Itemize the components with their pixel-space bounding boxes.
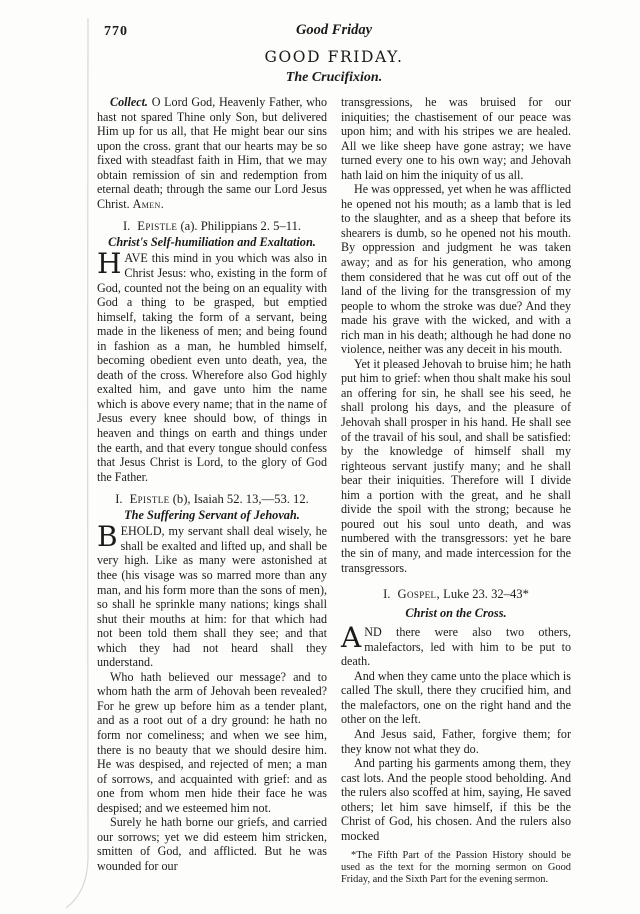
running-head: Good Friday [97, 22, 571, 39]
two-column-text: Collect. O Lord God, Heavenly Father, wh… [97, 95, 571, 886]
epistle-b-reference: (b), Isaiah 52. 13,—53. 12. [173, 492, 309, 506]
epistle-a-reference: (a). Philippians 2. 5–11. [180, 219, 301, 233]
page-content: 770 Good Friday GOOD FRIDAY. The Crucifi… [97, 22, 571, 886]
epistle-a-numeral: I. [123, 219, 130, 233]
isaiah-paragraph-2: He was oppressed, yet when he was afflic… [341, 182, 571, 357]
page-subtitle: The Crucifixion. [97, 70, 571, 86]
gospel-text: AND there were also two others, malefact… [341, 625, 571, 669]
epistle-a-subtitle: Christ's Self-humiliation and Exaltation… [97, 235, 327, 250]
collect-label: Collect. [110, 95, 148, 109]
epistle-a-label: Epistle [137, 219, 177, 233]
epistle-a-dropcap: H [97, 251, 124, 276]
collect-paragraph: Collect. O Lord God, Heavenly Father, wh… [97, 95, 327, 211]
collect-amen: Amen. [133, 197, 165, 211]
epistle-b-numeral: I. [115, 492, 122, 506]
gospel-subtitle: Christ on the Cross. [341, 606, 571, 621]
gospel-label: Gospel, [397, 587, 440, 601]
gospel-numeral: I. [383, 587, 390, 601]
gospel-reference: Luke 23. 32–43* [443, 587, 529, 601]
left-column: Collect. O Lord God, Heavenly Father, wh… [97, 95, 327, 886]
gospel-paragraph-4: And parting his garments among them, the… [341, 756, 571, 843]
epistle-b-heading: I.Epistle (b), Isaiah 52. 13,—53. 12. [97, 492, 327, 507]
footnote: *The Fifth Part of the Passion History s… [341, 850, 571, 886]
right-column: transgressions, he was bruised for our i… [341, 95, 571, 886]
collect-body: O Lord God, Heavenly Father, who hast no… [97, 95, 327, 211]
page-title: GOOD FRIDAY. [97, 48, 571, 66]
epistle-b-dropcap: B [97, 524, 121, 549]
epistle-b-paragraph-3: Surely he hath borne our griefs, and car… [97, 815, 327, 873]
gospel-paragraph-2: And when they came unto the place which … [341, 669, 571, 727]
gospel-heading: I.Gospel, Luke 23. 32–43* [341, 587, 571, 602]
epistle-b-body: EHOLD, my servant shall deal wisely, he … [97, 524, 327, 669]
epistle-a-body: AVE this mind in you which was also in C… [97, 251, 327, 483]
epistle-b-text: BEHOLD, my servant shall deal wisely, he… [97, 524, 327, 669]
book-page: 770 Good Friday GOOD FRIDAY. The Crucifi… [0, 0, 640, 914]
epistle-a-text: HAVE this mind in you which was also in … [97, 251, 327, 484]
epistle-a-heading: I.Epistle (a). Philippians 2. 5–11. [97, 219, 327, 234]
epistle-b-label: Epistle [130, 492, 170, 506]
epistle-b-subtitle: The Suffering Servant of Jehovah. [97, 508, 327, 523]
page-header: 770 Good Friday [97, 22, 571, 44]
isaiah-paragraph-3: Yet it pleased Jehovah to bruise him; he… [341, 357, 571, 575]
gospel-body: ND there were also two others, malefacto… [341, 625, 571, 668]
gospel-dropcap: A [341, 625, 364, 650]
epistle-b-paragraph-2: Who hath believed our message? and to wh… [97, 670, 327, 815]
gospel-paragraph-3: And Jesus said, Father, forgive them; fo… [341, 727, 571, 756]
continuation-paragraph: transgressions, he was bruised for our i… [341, 95, 571, 182]
